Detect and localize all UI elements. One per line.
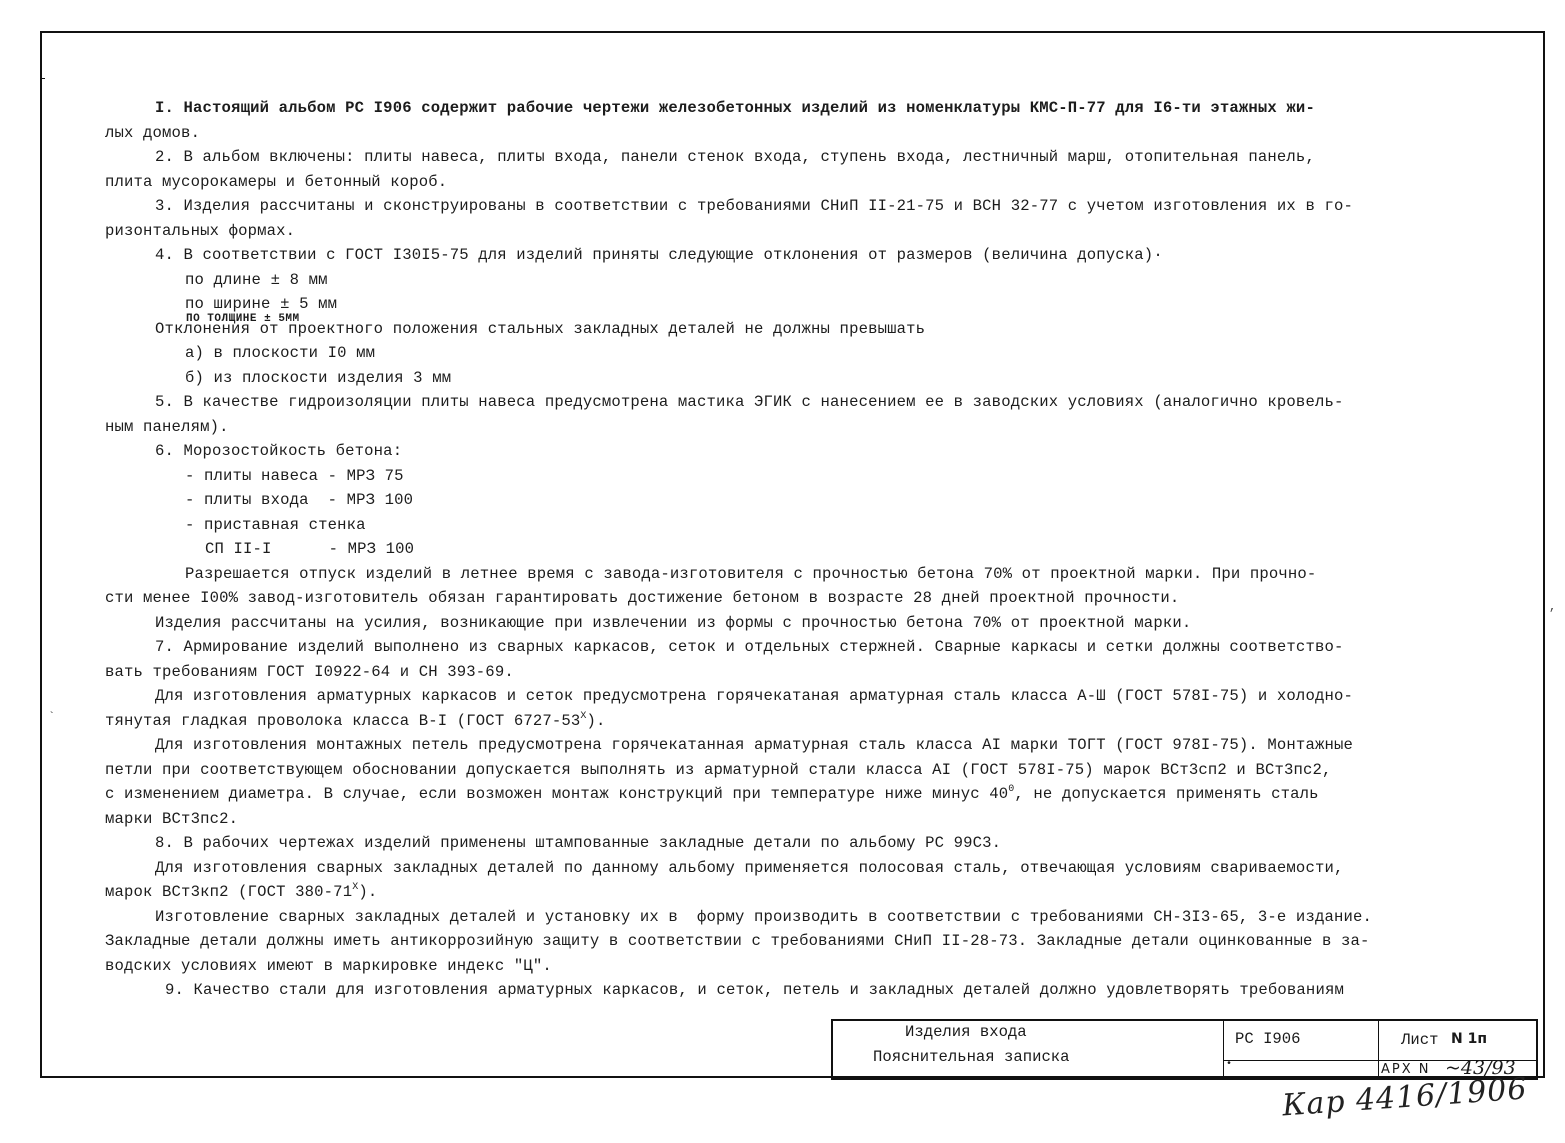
text-line-content: по длине ± 8 мм (185, 271, 328, 289)
text-line-content: тянутая гладкая проволока класса В-I (ГО… (105, 712, 580, 730)
text-line: Изделия рассчитаны на усилия, возникающи… (155, 613, 1191, 633)
text-line: водских условиях имеют в маркировке инде… (105, 956, 552, 976)
text-line-content: - приставная стенка (185, 516, 366, 534)
text-line: ризонтальных формах. (105, 221, 295, 241)
text-line-content: Для изготовления монтажных петель предус… (155, 736, 1353, 754)
text-line-content: Разрешается отпуск изделий в летнее врем… (185, 565, 1316, 583)
text-line-content: 9. Качество стали для изготовления армат… (165, 981, 1344, 999)
text-line: Для изготовления арматурных каркасов и с… (155, 686, 1353, 706)
text-line: 5. В качестве гидроизоляции плиты навеса… (155, 392, 1343, 412)
text-line: СП II-I - МРЗ 100 (205, 539, 414, 559)
text-line-content: петли при соответствующем обосновании до… (105, 761, 1332, 779)
text-line: 3. Изделия рассчитаны и сконструированы … (155, 196, 1353, 216)
text-line-content: - плиты навеса - МРЗ 75 (185, 467, 404, 485)
stray-mark: , (1549, 600, 1556, 614)
frame-tick-mark (40, 78, 45, 79)
text-line-content: с изменением диаметра. В случае, если во… (105, 785, 1008, 803)
text-line-content: марок ВСт3кп2 (ГОСТ 380-71 (105, 883, 352, 901)
sheet-label: Лист (1401, 1031, 1438, 1049)
text-line: б) из плоскости изделия 3 мм (185, 368, 451, 388)
title-block-divider (1378, 1021, 1379, 1078)
text-line: - приставная стенка (185, 515, 366, 535)
text-line: 4. В соответствии с ГОСТ I30I5-75 для из… (155, 245, 1163, 265)
text-line: тянутая гладкая проволока класса В-I (ГО… (105, 711, 606, 731)
text-line: 2. В альбом включены: плиты навеса, плит… (155, 147, 1315, 167)
album-code: РС I906 (1235, 1030, 1301, 1048)
text-line-content: марки ВСт3пс2. (105, 810, 238, 828)
text-line: а) в плоскости I0 мм (185, 343, 375, 363)
text-line: 7. Армирование изделий выполнено из свар… (155, 637, 1343, 657)
text-line-content: ным панелям). (105, 418, 229, 436)
text-line-content: 8. В рабочих чертежах изделий применены … (155, 834, 1001, 852)
text-line: по длине ± 8 мм (185, 270, 328, 290)
text-line: лых домов. (105, 123, 200, 143)
archive-label: АРХ N (1381, 1062, 1431, 1077)
text-line-content: - плиты входа - МРЗ 100 (185, 491, 413, 509)
title-block-title-line1: Изделия входа (905, 1023, 1027, 1041)
small-mark: • (1226, 1059, 1232, 1070)
text-line-content: Изделия рассчитаны на усилия, возникающи… (155, 614, 1191, 632)
text-line-content: 6. Морозостойкость бетона: (155, 442, 402, 460)
text-line: I. Настоящий альбом РС I906 содержит раб… (155, 98, 1315, 118)
text-line-content: водских условиях имеют в маркировке инде… (105, 957, 552, 975)
text-line-tail: ). (587, 712, 606, 730)
stray-mark: ` (48, 710, 55, 724)
text-line-content: лых домов. (105, 124, 200, 142)
text-line-content: сти менее I00% завод-изготовитель обязан… (105, 589, 1179, 607)
text-line-content: ризонтальных формах. (105, 222, 295, 240)
text-line: Изготовление сварных закладных деталей и… (155, 907, 1372, 927)
text-line-content: 5. В качестве гидроизоляции плиты навеса… (155, 393, 1343, 411)
text-line: Для изготовления сварных закладных детал… (155, 858, 1343, 878)
text-line-content: I. Настоящий альбом РС I906 содержит раб… (155, 99, 1315, 117)
text-line-content: Для изготовления сварных закладных детал… (155, 859, 1343, 877)
text-line: вать требованиям ГОСТ I0922-64 и СН 393-… (105, 662, 514, 682)
text-line-content: а) в плоскости I0 мм (185, 344, 375, 362)
text-line: Для изготовления монтажных петель предус… (155, 735, 1353, 755)
text-line-tail: , не допускается применять сталь (1014, 785, 1318, 803)
text-line-content: 3. Изделия рассчитаны и сконструированы … (155, 197, 1353, 215)
text-line: 8. В рабочих чертежах изделий применены … (155, 833, 1001, 853)
text-line: - плиты навеса - МРЗ 75 (185, 466, 404, 486)
handwritten-thickness-tolerance: ПО ТОЛЩИНЕ ± 5ММ (186, 309, 300, 329)
text-line: - плиты входа - МРЗ 100 (185, 490, 413, 510)
text-line: сти менее I00% завод-изготовитель обязан… (105, 588, 1179, 608)
title-block: Изделия входа Пояснительная записка РС I… (831, 1019, 1538, 1080)
text-line-content: 7. Армирование изделий выполнено из свар… (155, 638, 1343, 656)
text-line: с изменением диаметра. В случае, если во… (105, 784, 1319, 804)
sheet-number: N 1п (1451, 1031, 1487, 1047)
text-line: Закладные детали должны иметь антикорроз… (105, 931, 1370, 951)
text-line-content: Закладные детали должны иметь антикорроз… (105, 932, 1370, 950)
text-line: петли при соответствующем обосновании до… (105, 760, 1332, 780)
text-line-content: плита мусорокамеры и бетонный короб. (105, 173, 447, 191)
title-block-divider (1223, 1021, 1224, 1078)
text-line-tail: ). (358, 883, 377, 901)
text-line: 9. Качество стали для изготовления армат… (165, 980, 1344, 1000)
text-line: марки ВСт3пс2. (105, 809, 238, 829)
text-line: 6. Морозостойкость бетона: (155, 441, 402, 461)
text-line: плита мусорокамеры и бетонный короб. (105, 172, 447, 192)
text-line-content: 2. В альбом включены: плиты навеса, плит… (155, 148, 1315, 166)
text-line: ным панелям). (105, 417, 229, 437)
title-block-title-line2: Пояснительная записка (873, 1048, 1070, 1066)
text-line-content: Для изготовления арматурных каркасов и с… (155, 687, 1353, 705)
text-line-content: СП II-I - МРЗ 100 (205, 540, 414, 558)
text-line: Разрешается отпуск изделий в летнее врем… (185, 564, 1316, 584)
text-line-content: вать требованиям ГОСТ I0922-64 и СН 393-… (105, 663, 514, 681)
text-line: марок ВСт3кп2 (ГОСТ 380-71Х). (105, 882, 377, 902)
text-line-content: б) из плоскости изделия 3 мм (185, 369, 451, 387)
text-line-content: 4. В соответствии с ГОСТ I30I5-75 для из… (155, 246, 1163, 264)
text-line-content: Изготовление сварных закладных деталей и… (155, 908, 1372, 926)
